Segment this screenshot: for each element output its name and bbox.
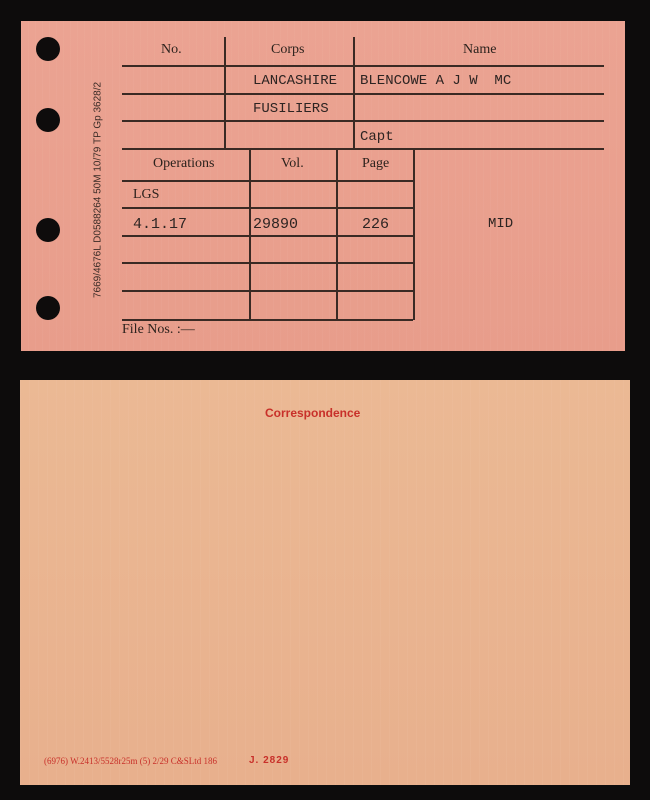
rule [353,37,355,148]
file-nos-label: File Nos. :— [122,322,195,338]
header-no: No. [161,42,182,58]
header-corps: Corps [271,42,304,58]
punch-hole [36,108,60,132]
correspondence-title: Correspondence [265,406,360,420]
operation-cell: 4.1.17 [133,216,187,233]
page-cell: 226 [362,216,389,233]
footer-print-code: (6976) W.2413/5528r25m (5) 2/29 C&SLtd 1… [44,756,217,766]
rule [122,290,413,292]
rule [122,319,413,321]
punch-hole [36,218,60,242]
corps-value-line2: FUSILIERS [253,101,329,117]
rule [413,148,415,320]
header-vol: Vol. [281,156,304,172]
corps-value-line1: LANCASHIRE [253,73,337,89]
rule [122,207,413,209]
index-card-front [21,21,625,351]
rule [122,180,413,182]
rule [122,262,413,264]
rule [336,148,338,319]
vol-cell: 29890 [253,216,298,233]
rule [249,148,251,319]
rule [224,37,226,148]
rule [122,93,604,95]
punch-hole [36,37,60,61]
index-card-back [20,380,630,785]
footer-form-code: J. 2829 [249,755,289,766]
print-code: 7669/4676L D0588264 50M 10/79 TP Gp 3628… [93,82,104,298]
header-name: Name [463,42,496,58]
header-page: Page [362,156,389,172]
remark-mid: MID [488,216,513,232]
header-operations: Operations [153,156,214,172]
rule [122,120,604,122]
rule [122,235,413,237]
punch-hole [36,296,60,320]
name-value: BLENCOWE A J W MC [360,73,511,89]
rule [122,65,604,67]
rule [122,148,604,150]
operation-cell: LGS [133,187,159,203]
rank-value: Capt [360,129,394,145]
